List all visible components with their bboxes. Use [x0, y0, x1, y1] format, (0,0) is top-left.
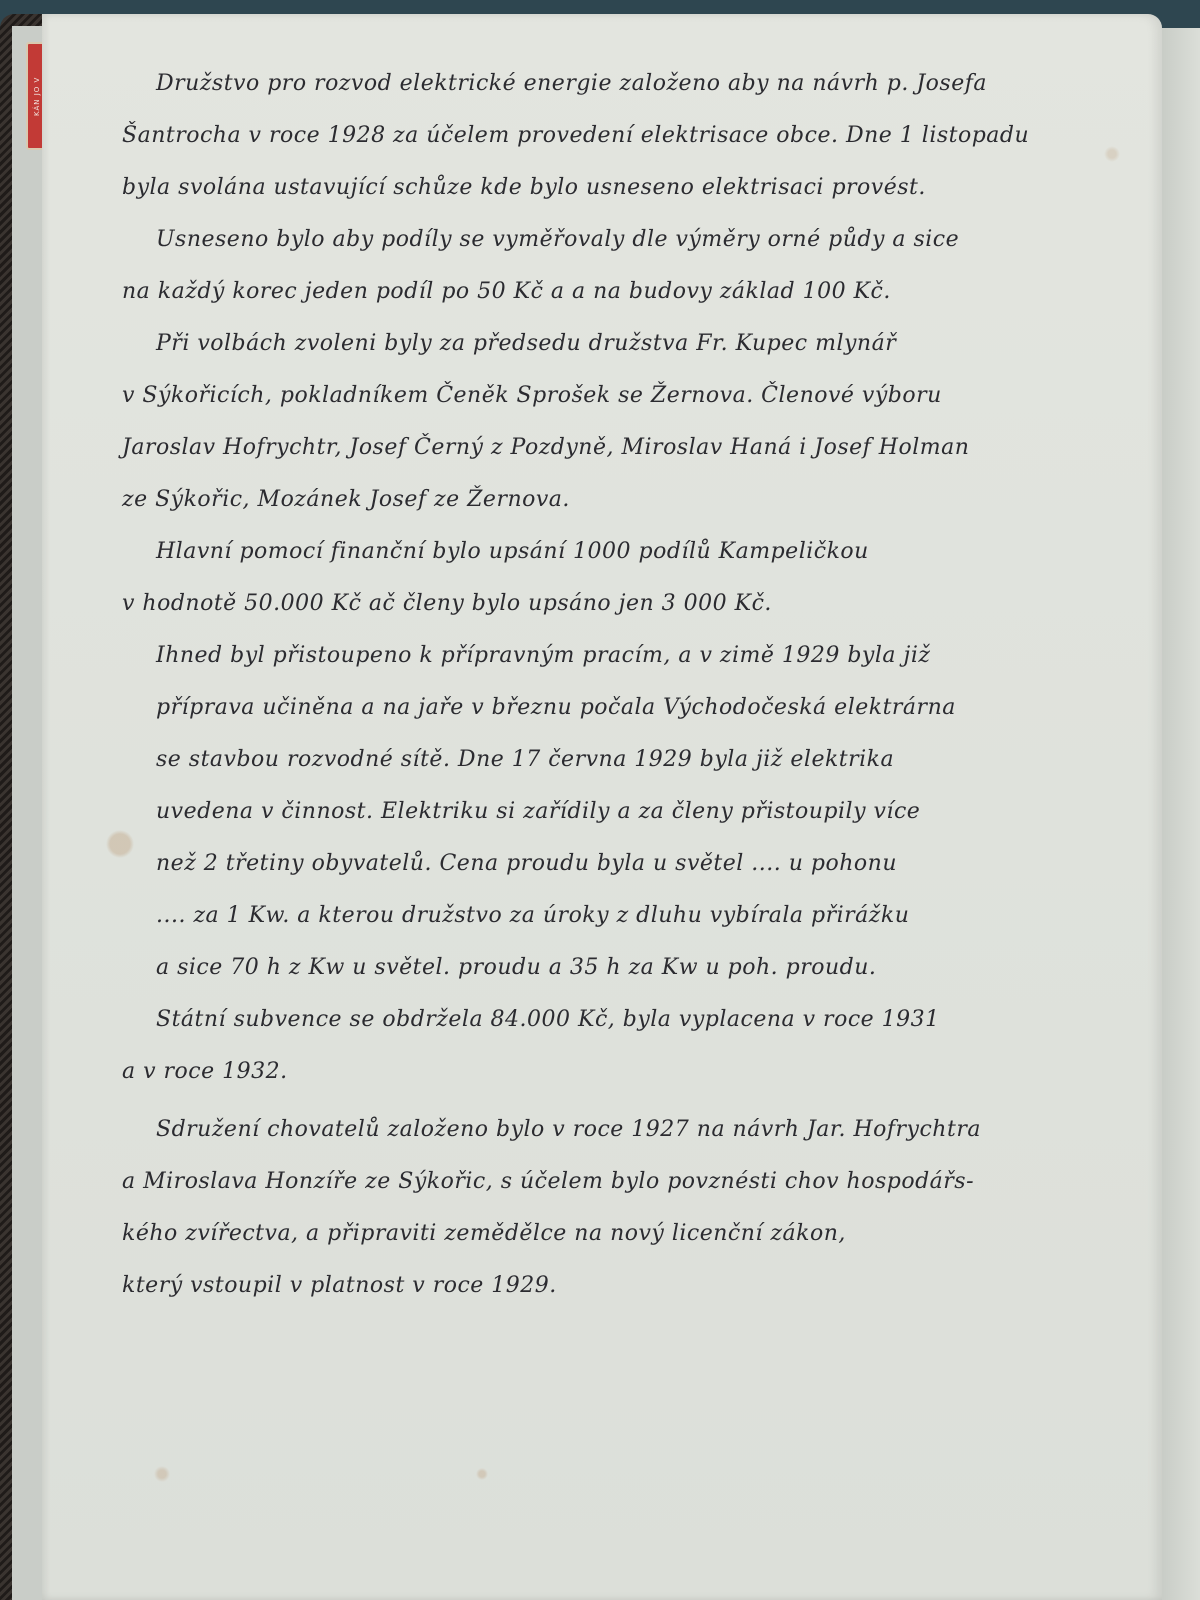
- text-line: příprava učiněna a na jaře v březnu poča…: [122, 682, 1122, 734]
- text-line: a v roce 1932.: [122, 1046, 1122, 1098]
- text-line: Šantrocha v roce 1928 za účelem proveden…: [122, 110, 1122, 162]
- text-line: Družstvo pro rozvod elektrické energie z…: [122, 58, 1122, 110]
- text-line: a sice 70 h z Kw u světel. proudu a 35 h…: [122, 942, 1122, 994]
- paragraph-construction: Ihned byl přistoupeno k přípravným prací…: [122, 630, 1122, 994]
- handwritten-text: Družstvo pro rozvod elektrické energie z…: [122, 58, 1122, 1312]
- text-line: se stavbou rozvodné sítě. Dne 17 června …: [122, 734, 1122, 786]
- text-line: kého zvířectva, a připraviti zemědělce n…: [122, 1208, 1122, 1260]
- text-line: byla svolána ustavující schůze kde bylo …: [122, 162, 1122, 214]
- text-line: než 2 třetiny obyvatelů. Cena proudu byl…: [122, 838, 1122, 890]
- text-line: Usneseno bylo aby podíly se vyměřovaly d…: [122, 214, 1122, 266]
- chronicle-page: Družstvo pro rozvod elektrické energie z…: [42, 14, 1162, 1600]
- paragraph-financing: Hlavní pomocí finanční bylo upsání 1000 …: [122, 526, 1122, 630]
- paragraph-elections: Při volbách zvoleni byly za předsedu dru…: [122, 318, 1122, 526]
- text-line: ze Sýkořic, Mozánek Josef ze Žernova.: [122, 474, 1122, 526]
- text-line: na každý korec jeden podíl po 50 Kč a a …: [122, 266, 1122, 318]
- text-line: a Miroslava Honzíře ze Sýkořic, s účelem…: [122, 1156, 1122, 1208]
- text-line: .... za 1 Kw. a kterou družstvo za úroky…: [122, 890, 1122, 942]
- text-line: uvedena v činnost. Elektriku si zařídily…: [122, 786, 1122, 838]
- next-page-edge[interactable]: [1160, 28, 1200, 1600]
- paragraph-subsidy: Státní subvence se obdržela 84.000 Kč, b…: [122, 994, 1122, 1098]
- text-line: Sdružení chovatelů založeno bylo v roce …: [122, 1104, 1122, 1156]
- text-line: Státní subvence se obdržela 84.000 Kč, b…: [122, 994, 1122, 1046]
- text-line: v hodnotě 50.000 Kč ač členy bylo upsáno…: [122, 578, 1122, 630]
- paragraph-breeders-association: Sdružení chovatelů založeno bylo v roce …: [122, 1104, 1122, 1312]
- paragraph-electricity-cooperative: Družstvo pro rozvod elektrické energie z…: [122, 58, 1122, 318]
- text-line: v Sýkořicích, pokladníkem Čeněk Sprošek …: [122, 370, 1122, 422]
- text-line: Jaroslav Hofrychtr, Josef Černý z Pozdyn…: [122, 422, 1122, 474]
- text-line: který vstoupil v platnost v roce 1929.: [122, 1260, 1122, 1312]
- text-line: Při volbách zvoleni byly za předsedu dru…: [122, 318, 1122, 370]
- text-line: Ihned byl přistoupeno k přípravným prací…: [122, 630, 1122, 682]
- text-line: Hlavní pomocí finanční bylo upsání 1000 …: [122, 526, 1122, 578]
